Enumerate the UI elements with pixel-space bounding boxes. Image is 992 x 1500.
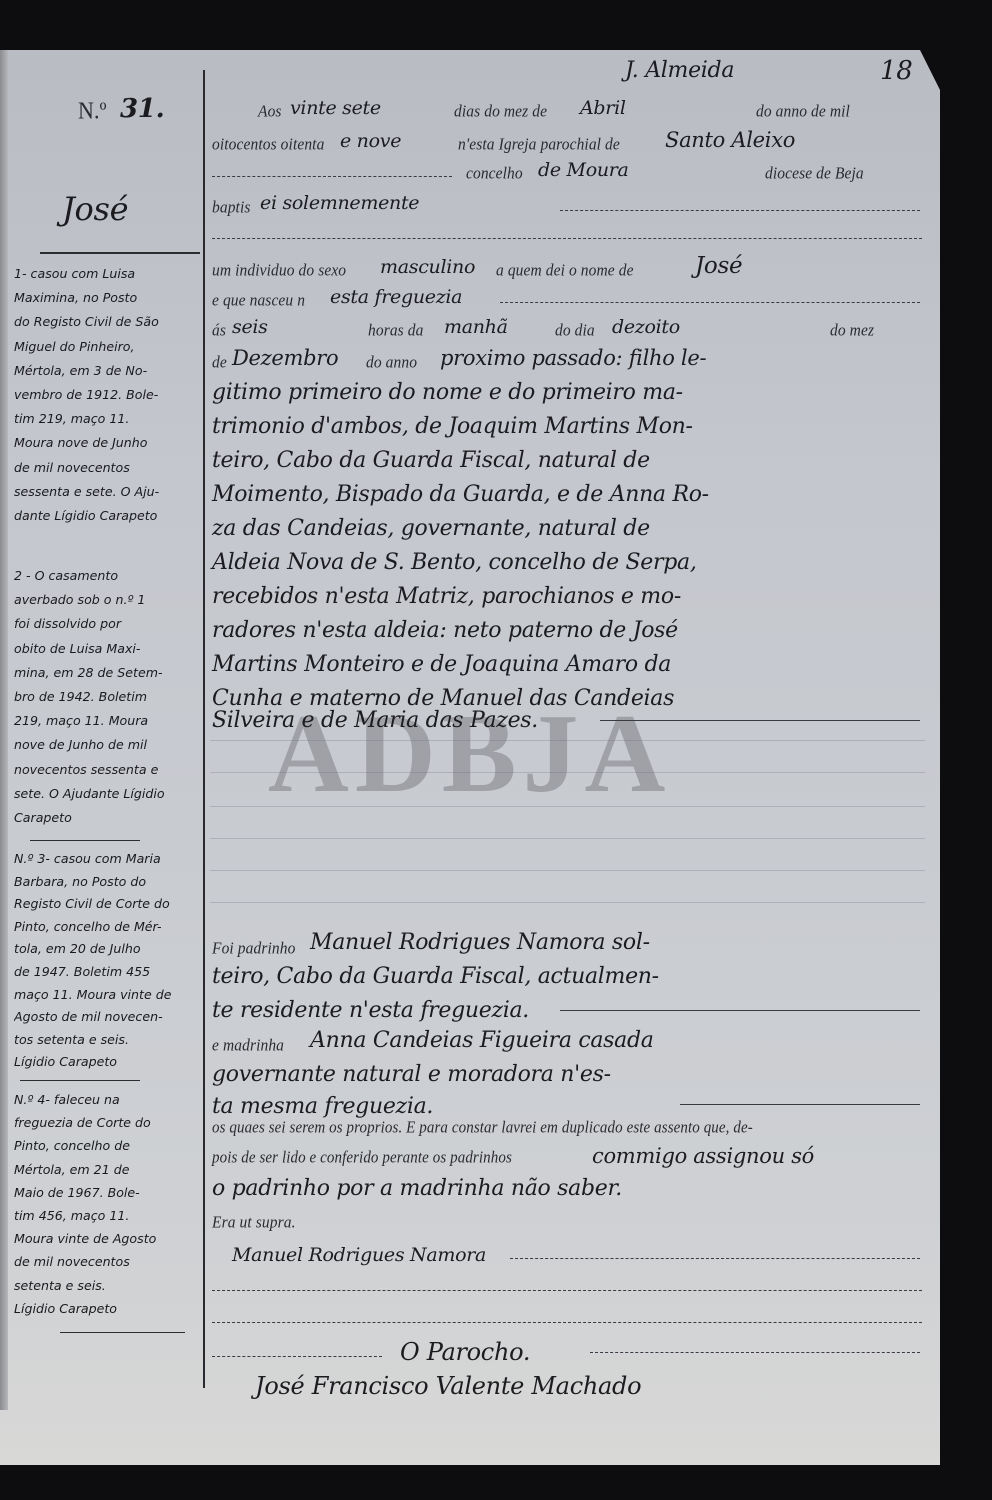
entry-number: 31. — [120, 94, 164, 124]
printed-text: do mez — [830, 321, 874, 341]
handwritten-line: Martins Monteiro e de Joaquina Amaro da — [212, 652, 671, 677]
handwritten-line: trimonio d'ambos, de Joaquim Martins Mon… — [212, 414, 693, 439]
printed-text: baptis — [212, 198, 251, 218]
fill-line — [560, 1010, 920, 1011]
printed-text: n'esta Igreja parochial de — [458, 135, 620, 155]
printed-text: e madrinha — [212, 1036, 284, 1056]
handwritten-line: Aldeia Nova de S. Bento, concelho de Ser… — [212, 550, 697, 575]
margin-separator — [20, 1080, 140, 1081]
handwritten-baptism: ei solemnemente — [260, 192, 419, 214]
handwritten-line: gitimo primeiro do nome e do primeiro ma… — [212, 380, 683, 405]
margin-note-4: N.º 4- faleceu na freguezia de Corte do … — [14, 1088, 200, 1320]
handwritten-hour: seis — [232, 316, 268, 338]
handwritten-birth-month: Dezembro — [232, 346, 338, 370]
printed-text: do dia — [555, 321, 595, 341]
printed-text: oitocentos oitenta — [212, 135, 324, 155]
handwritten-line: radores n'esta aldeia: neto paterno de J… — [212, 618, 678, 643]
printed-text: dias do mez de — [454, 102, 547, 122]
margin-separator — [30, 840, 140, 841]
printed-text: horas da — [368, 321, 424, 341]
godfather-signature: Manuel Rodrigues Namora — [232, 1244, 486, 1266]
fill-line — [680, 1104, 920, 1105]
handwritten-godmother: Anna Candeias Figueira casada — [310, 1028, 654, 1053]
fill-line — [212, 1356, 382, 1358]
printed-text: um individuo do sexo — [212, 261, 346, 281]
fill-line — [212, 1290, 922, 1292]
printed-text: concelho — [466, 164, 523, 184]
ruled-line — [210, 838, 925, 839]
printed-text: de — [212, 353, 227, 373]
fill-line — [600, 720, 920, 721]
handwritten-day: vinte sete — [290, 97, 381, 119]
printed-text: do anno de mil — [756, 102, 850, 122]
printed-text: os quaes sei serem os proprios. E para c… — [212, 1119, 753, 1138]
fill-line — [590, 1352, 920, 1354]
handwritten-line: teiro, Cabo da Guarda Fiscal, natural de — [212, 448, 650, 473]
fill-line — [212, 176, 452, 178]
printed-text: Foi padrinho — [212, 939, 295, 959]
fill-line — [500, 302, 920, 304]
handwritten-period: manhã — [444, 316, 508, 338]
margin-separator — [40, 252, 200, 254]
page-number: 18 — [880, 56, 912, 86]
priest-signature: José Francisco Valente Machado — [255, 1372, 641, 1400]
fill-line — [212, 1322, 922, 1324]
handwritten-text: o padrinho por a madrinha não saber. — [212, 1176, 622, 1201]
printed-text: diocese de Beja — [765, 164, 864, 184]
printed-text: do anno — [366, 353, 417, 373]
printed-text: pois de ser lido e conferido perante os … — [212, 1149, 512, 1168]
handwritten-godfather: te residente n'esta freguezia. — [212, 998, 529, 1023]
handwritten-line: recebidos n'esta Matriz, parochianos e m… — [212, 584, 681, 609]
page-binding — [0, 50, 8, 1410]
handwritten-birthplace: esta freguezia — [330, 286, 462, 308]
handwritten-line: Silveira e de Maria das Pazes. — [212, 708, 538, 733]
entry-number-label: N.º — [78, 97, 107, 126]
fill-line — [212, 238, 922, 240]
margin-name: José — [62, 190, 128, 228]
fill-line — [560, 210, 920, 212]
corner-annotation: J. Almeida — [625, 58, 734, 83]
margin-note-1: 1- casou com Luisa Maximina, no Posto do… — [14, 262, 200, 528]
handwritten-parish: Santo Aleixo — [665, 128, 795, 152]
handwritten-godfather: Manuel Rodrigues Namora sol- — [310, 930, 650, 955]
margin-note-3: N.º 3- casou com Maria Barbara, no Posto… — [14, 848, 200, 1074]
handwritten-year: e nove — [340, 130, 401, 152]
margin-divider — [203, 70, 205, 1388]
ruled-line — [210, 870, 925, 871]
printed-text: a quem dei o nome de — [496, 261, 634, 281]
handwritten-council: de Moura — [538, 159, 629, 181]
ruled-line — [210, 902, 925, 903]
handwritten-text: proximo passado: filho le- — [440, 346, 706, 370]
handwritten-godfather: teiro, Cabo da Guarda Fiscal, actualmen- — [212, 964, 659, 989]
handwritten-text: commigo assignou só — [592, 1144, 814, 1168]
fill-line — [510, 1258, 920, 1260]
printed-text: Aos — [258, 102, 282, 122]
printed-text: Era ut supra. — [212, 1213, 296, 1233]
handwritten-sex: masculino — [380, 256, 475, 278]
handwritten-line: za das Candeias, governante, natural de — [212, 516, 650, 541]
margin-separator — [60, 1332, 185, 1333]
printed-text: ás — [212, 321, 226, 341]
handwritten-line: Moimento, Bispado da Guarda, e de Anna R… — [212, 482, 709, 507]
printed-text: e que nasceu n — [212, 291, 305, 311]
handwritten-godmother: governante natural e moradora n'es- — [212, 1062, 611, 1087]
handwritten-godmother: ta mesma freguezia. — [212, 1094, 433, 1119]
handwritten-name: José — [695, 253, 742, 279]
parish-priest-title: O Parocho. — [400, 1338, 530, 1366]
handwritten-birth-day: dezoito — [612, 316, 680, 338]
handwritten-month: Abril — [580, 97, 626, 119]
margin-note-2: 2 - O casamento averbado sob o n.º 1 foi… — [14, 564, 200, 830]
